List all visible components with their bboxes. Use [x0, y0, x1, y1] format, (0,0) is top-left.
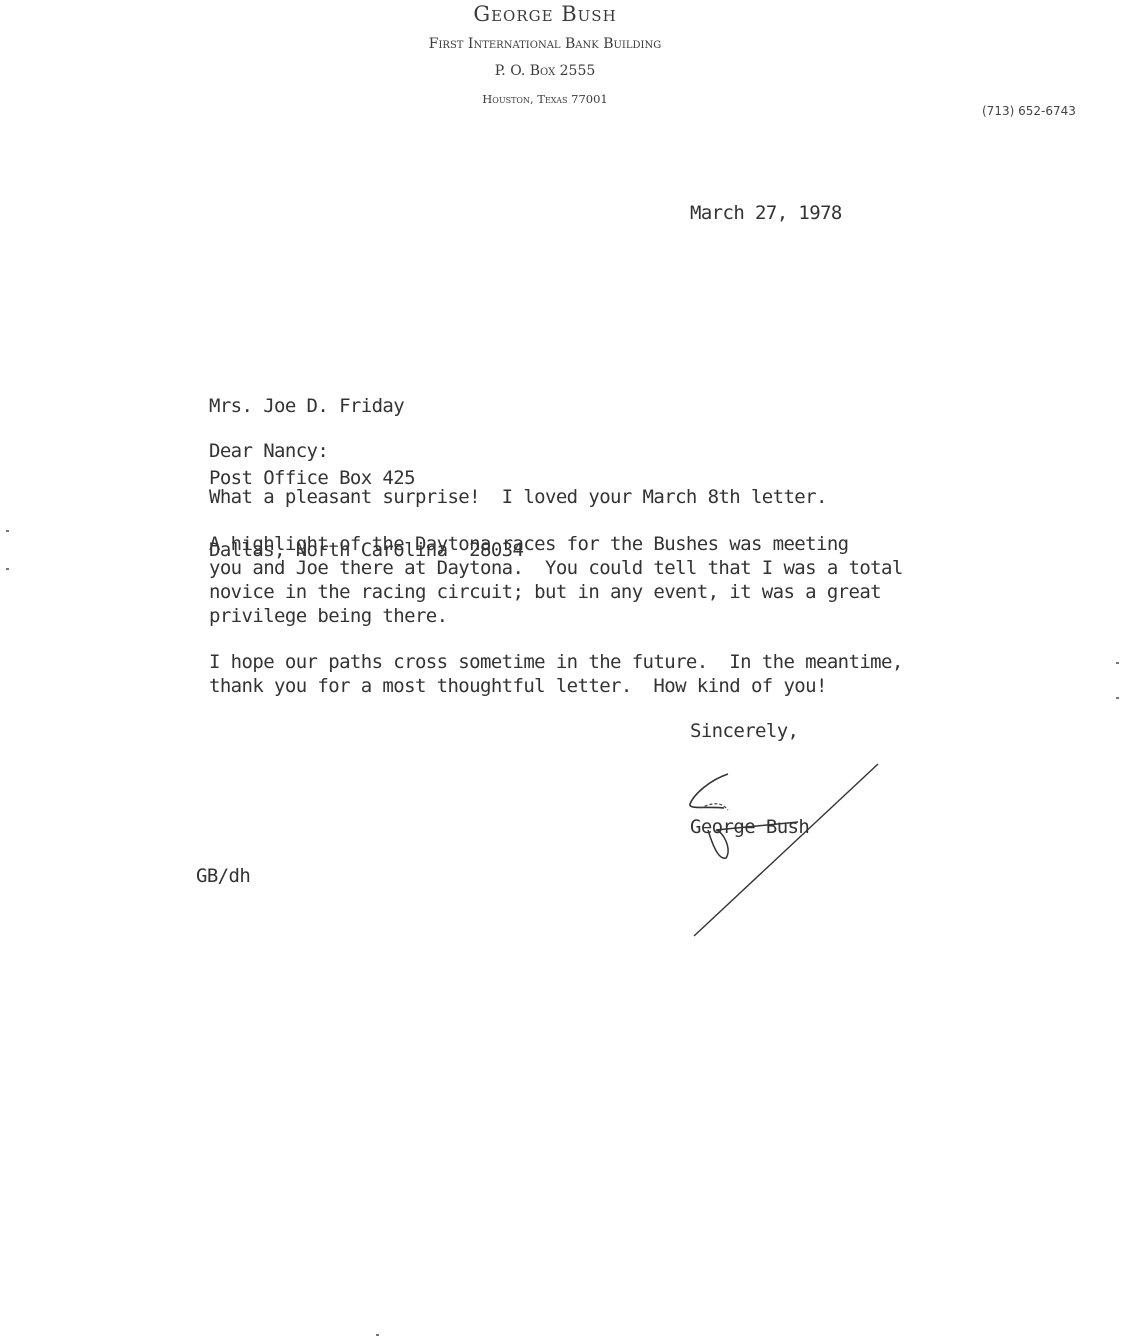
body-paragraph: What a pleasant surprise! I loved your M… [209, 485, 827, 509]
scan-speck [376, 1334, 379, 1336]
scan-speck [6, 568, 9, 570]
letterhead-name: George Bush [0, 2, 1090, 26]
typist-initials: GB/dh [196, 864, 250, 888]
scan-speck [6, 530, 9, 532]
letterhead-city: Houston, Texas 77001 [0, 92, 1090, 106]
salutation: Dear Nancy: [209, 439, 328, 463]
signature-scribble-icon [680, 760, 890, 950]
letterhead-phone: (713) 652-6743 [982, 104, 1076, 118]
body-paragraph: I hope our paths cross sometime in the f… [209, 650, 903, 698]
recipient-line: Mrs. Joe D. Friday [209, 394, 523, 418]
scan-speck [1116, 697, 1119, 699]
closing: Sincerely, [690, 719, 798, 743]
scan-speck [1116, 662, 1119, 664]
letter-date: March 27, 1978 [690, 201, 842, 225]
body-paragraph: A highlight of the Daytona races for the… [209, 532, 903, 628]
letterhead-po-box: P. O. Box 2555 [0, 63, 1090, 79]
letterhead-building: First International Bank Building [0, 36, 1090, 52]
